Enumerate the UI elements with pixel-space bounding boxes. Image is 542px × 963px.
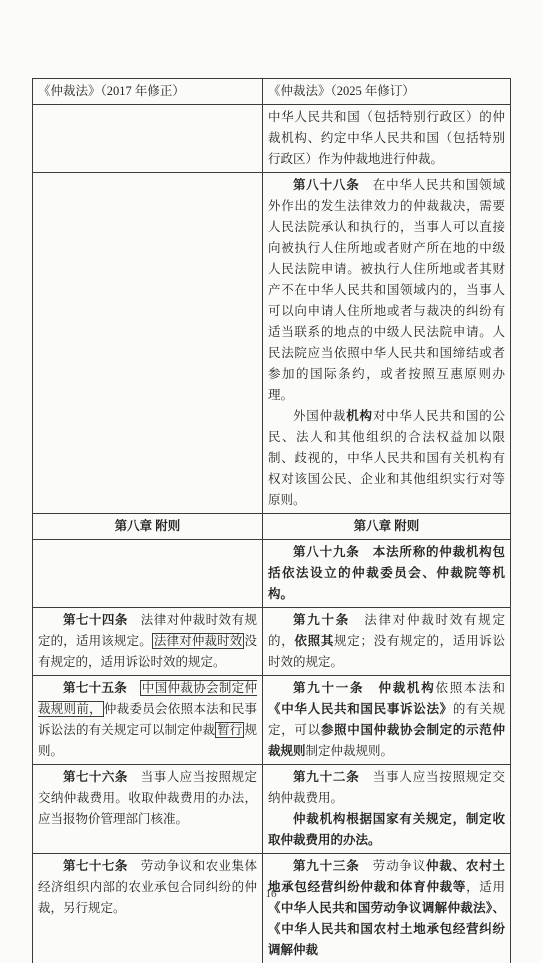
table-cell-right: 第九十条 法律对仲裁时效有规定的，依照其规定；没有规定的，适用诉讼时效的规定。 [263,608,511,676]
paragraph: 仲裁机构根据国家有关规定，制定收取仲裁费用的办法。 [268,809,505,851]
table-row: 第七十七条 劳动争议和农业集体经济组织内部的农业承包合同纠纷的仲裁，另行规定。第… [33,854,511,963]
text-run: 对中华人民共和国的公民、法人和其他组织的合法权益加以限制、歧视的，中华人民共和国… [268,409,505,507]
table-cell-right: 第八十九条 本法所称的仲裁机构包括依法设立的仲裁委员会、仲裁院等机构。 [263,540,511,608]
text-run: 依照本法和 [435,681,505,695]
table-row: 第七十四条 法律对仲裁时效有规定的，适用该规定。法律对仲裁时效没有规定的，适用诉… [33,608,511,676]
text-run: 第七十四条 [63,613,141,627]
text-run: 在中华人民共和国领域外作出的发生法律效力的仲裁裁决，需要人民法院承认和执行的，当… [268,178,505,402]
text-run: 第八十九条 [293,545,373,559]
table-row: 第八十八条 在中华人民共和国领域外作出的发生法律效力的仲裁裁决，需要人民法院承认… [33,173,511,514]
comparison-table: 《仲裁法》（2017 年修正） 《仲裁法》（2025 年修订） 中华人民共和国（… [32,78,511,963]
text-run: 仲裁机构根据国家有关规定，制定收取仲裁费用的办法。 [268,812,505,847]
text-run: 依照其 [294,634,334,648]
paragraph: 中华人民共和国（包括特别行政区）的仲裁机构、约定中华人民共和国（包括特别行政区）… [268,107,505,170]
table-row: 第七十六条 当事人应当按照规定交纳仲裁费用。收取仲裁费用的办法，应当报物价管理部… [33,765,511,854]
table-cell-left [33,540,263,608]
text-run: 劳动争议 [373,859,426,873]
document-page: 《仲裁法》（2017 年修正） 《仲裁法》（2025 年修订） 中华人民共和国（… [0,0,542,963]
paragraph: 第七十六条 当事人应当按照规定交纳仲裁费用。收取仲裁费用的办法，应当报物价管理部… [38,767,257,830]
boxed-text-run: 暂行 [215,722,244,738]
table-cell-left: 第七十四条 法律对仲裁时效有规定的，适用该规定。法律对仲裁时效没有规定的，适用诉… [33,608,263,676]
table-cell-right: 第九十二条 当事人应当按照规定交纳仲裁费用。仲裁机构根据国家有关规定，制定收取仲… [263,765,511,854]
table-cell-right: 第九十一条 仲裁机构依照本法和《中华人民共和国民事诉讼法》的有关规定，可以参照中… [263,676,511,765]
table-cell-right: 第八章 附则 [263,514,511,540]
text-run: 中华人民共和国（包括特别行政区）的仲裁机构、约定中华人民共和国（包括特别行政区）… [268,110,505,166]
text-run: 仲裁机构 [378,681,435,695]
paragraph: 第八章 附则 [268,516,505,537]
text-run: 《中华人民共和国民事诉讼法》 [268,702,453,716]
text-run: 第八章 附则 [354,519,420,533]
page-number: 16 [0,888,542,900]
paragraph: 第八十九条 本法所称的仲裁机构包括依法设立的仲裁委员会、仲裁院等机构。 [268,542,505,605]
table-cell-left [33,173,263,514]
table-header-row: 《仲裁法》（2017 年修正） 《仲裁法》（2025 年修订） [33,79,511,105]
text-run: 外国仲裁 [293,409,346,423]
table-cell-left: 第七十七条 劳动争议和农业集体经济组织内部的农业承包合同纠纷的仲裁，另行规定。 [33,854,263,963]
paragraph: 第八章 附则 [38,516,257,537]
table-cell-right: 第八十八条 在中华人民共和国领域外作出的发生法律效力的仲裁裁决，需要人民法院承认… [263,173,511,514]
table-row: 第七十五条 中国仲裁协会制定仲裁规则前，仲裁委员会依照本法和民事诉讼法的有关规定… [33,676,511,765]
header-cell-2025: 《仲裁法》（2025 年修订） [263,79,511,105]
paragraph: 第七十四条 法律对仲裁时效有规定的，适用该规定。法律对仲裁时效没有规定的，适用诉… [38,610,257,673]
text-run: 第九十一条 [293,681,378,695]
header-cell-2017: 《仲裁法》（2017 年修正） [33,79,263,105]
table-cell-left: 第七十六条 当事人应当按照规定交纳仲裁费用。收取仲裁费用的办法，应当报物价管理部… [33,765,263,854]
text-run: 制定仲裁规则。 [306,744,394,758]
text-run: 第九十三条 [293,859,373,873]
paragraph: 第七十五条 中国仲裁协会制定仲裁规则前，仲裁委员会依照本法和民事诉讼法的有关规定… [38,678,257,762]
table-cell-right: 第九十三条 劳动争议仲裁、农村土地承包经营纠纷仲裁和体育仲裁等，适用《中华人民共… [263,854,511,963]
paragraph: 第九十三条 劳动争议仲裁、农村土地承包经营纠纷仲裁和体育仲裁等，适用《中华人民共… [268,856,505,961]
text-run: 机构 [346,409,373,423]
table-cell-right: 中华人民共和国（包括特别行政区）的仲裁机构、约定中华人民共和国（包括特别行政区）… [263,105,511,173]
text-run: 第九十二条 [293,770,373,784]
paragraph: 第八十八条 在中华人民共和国领域外作出的发生法律效力的仲裁裁决，需要人民法院承认… [268,175,505,406]
text-run: 第七十七条 [63,859,141,873]
text-run: 第七十五条 [63,681,140,695]
text-run: 第八十八条 [293,178,373,192]
text-run: 第九十条 [293,613,364,627]
table-row: 第八章 附则第八章 附则 [33,514,511,540]
table-cell-left: 第八章 附则 [33,514,263,540]
text-run: 第八章 附则 [115,519,181,533]
paragraph: 第九十条 法律对仲裁时效有规定的，依照其规定；没有规定的，适用诉讼时效的规定。 [268,610,505,673]
paragraph: 第九十一条 仲裁机构依照本法和《中华人民共和国民事诉讼法》的有关规定，可以参照中… [268,678,505,762]
table-cell-left: 第七十五条 中国仲裁协会制定仲裁规则前，仲裁委员会依照本法和民事诉讼法的有关规定… [33,676,263,765]
paragraph: 第九十二条 当事人应当按照规定交纳仲裁费用。 [268,767,505,809]
boxed-text-run: 法律对仲裁时效 [152,633,245,649]
table-row: 第八十九条 本法所称的仲裁机构包括依法设立的仲裁委员会、仲裁院等机构。 [33,540,511,608]
table-cell-left [33,105,263,173]
table-row: 中华人民共和国（包括特别行政区）的仲裁机构、约定中华人民共和国（包括特别行政区）… [33,105,511,173]
paragraph: 外国仲裁机构对中华人民共和国的公民、法人和其他组织的合法权益加以限制、歧视的，中… [268,406,505,511]
text-run: 《中华人民共和国劳动争议调解仲裁法》、《中华人民共和国农村土地承包经营纠纷调解仲… [268,901,505,957]
text-run: 第七十六条 [63,770,141,784]
